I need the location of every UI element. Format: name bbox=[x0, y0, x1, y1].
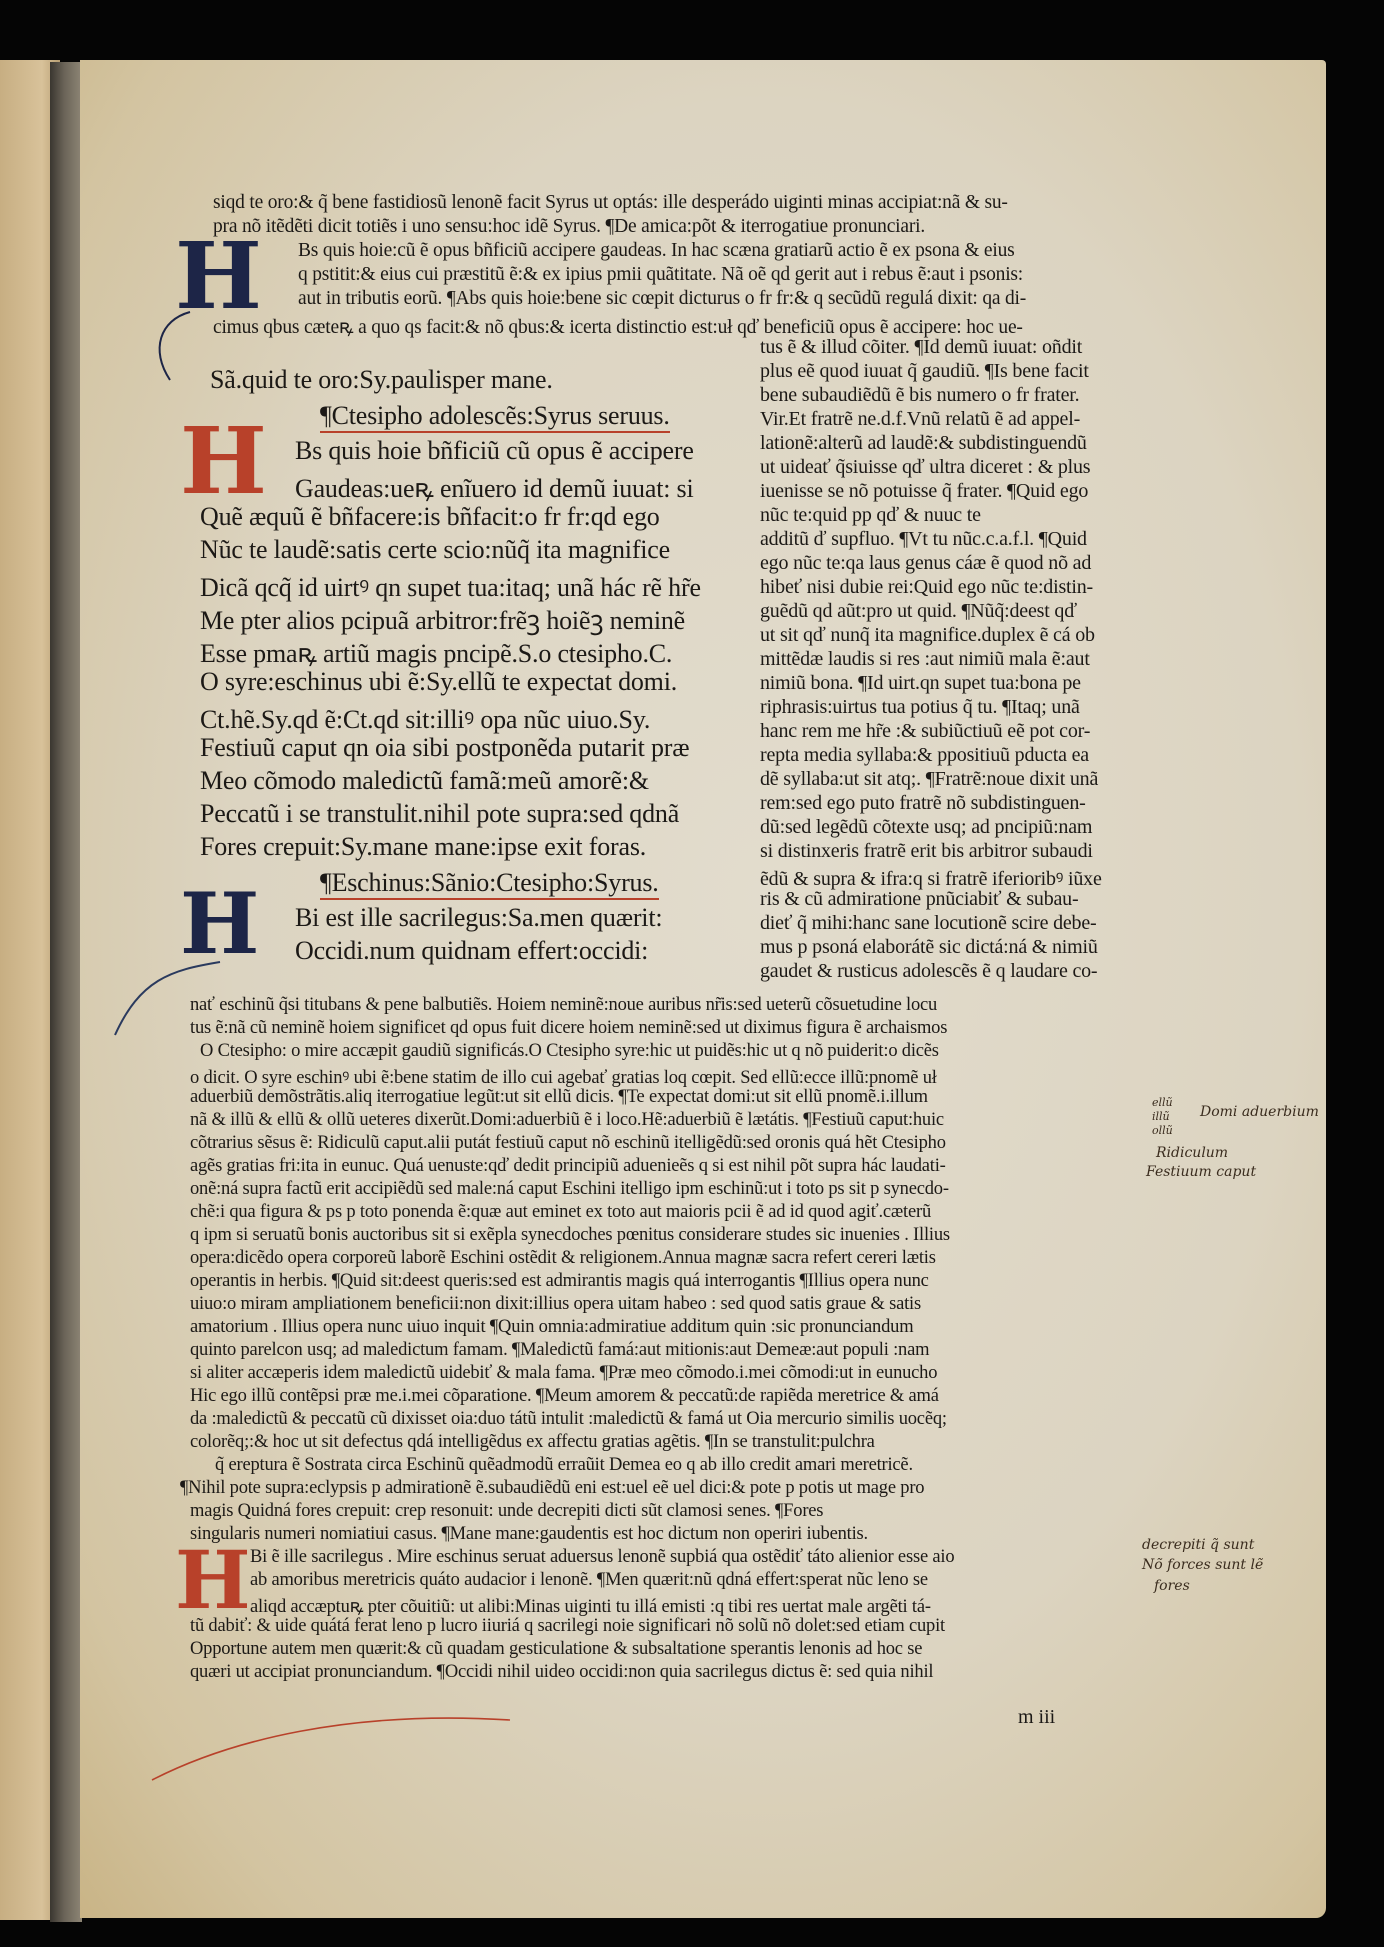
speaker-line: Sã.quid te oro:Sy.paulisper mane. bbox=[210, 365, 553, 395]
scene-heading-text: ¶Ctesipho adolescẽs:Syrus seruus. bbox=[320, 401, 670, 433]
commentary-line: hibeť nisi dubie rei:Quid ego nũc te:dis… bbox=[760, 576, 1093, 599]
commentary-line: magis Quidná fores crepuit: crep resonui… bbox=[190, 1501, 823, 1522]
commentary-line: nã & illũ & ellũ & ollũ ueteres dixerũt.… bbox=[190, 1110, 944, 1131]
commentary-line: cõtrarius sẽsus ẽ: Ridiculũ caput.alii p… bbox=[190, 1133, 946, 1154]
commentary-line: O Ctesipho: o mire accæpit gaudiũ signif… bbox=[200, 1041, 939, 1062]
commentary-line: quæri ut accipiat pronunciandum. ¶Occidi… bbox=[190, 1662, 933, 1683]
scene-heading-text: ¶Eschinus:Sãnio:Ctesipho:Syrus. bbox=[320, 868, 659, 900]
verse-line: Festiuũ caput qn oia sibi postponẽda put… bbox=[200, 733, 689, 763]
decorated-initial-h-blue: H bbox=[175, 230, 262, 322]
book-page: siqd te oro:& q̃ bene fastidiosũ lenonẽ … bbox=[80, 60, 1326, 1918]
commentary-line: opera:dicẽdo opera corporeũ laborẽ Eschi… bbox=[190, 1248, 936, 1269]
commentary-line: riphrasis:uirtus tua potius q̃ tu. ¶Itaq… bbox=[760, 696, 1080, 719]
verse-line: Occidi.num quidnam effert:occidi: bbox=[295, 936, 648, 966]
commentary-line: nũc te:quid pp qď & nuuc te bbox=[760, 504, 981, 527]
commentary-line: singularis numeri nomiatiui casus. ¶Mane… bbox=[190, 1524, 868, 1545]
commentary-line: si aliter accæperis idem maledictũ uideb… bbox=[190, 1363, 937, 1384]
marginal-note: Ridiculum bbox=[1156, 1145, 1228, 1161]
commentary-line: dẽ syllaba:ut sit atq;. ¶Fratrẽ:noue dix… bbox=[760, 768, 1098, 791]
commentary-line: hanc rem me hr̃e :& subiũctiuũ eẽ pot co… bbox=[760, 720, 1090, 743]
marginal-gloss: ollũ bbox=[1152, 1124, 1173, 1137]
verse-line: Gaudeas:ueꝶ enĩuero id demũ iuuat: si bbox=[295, 469, 694, 505]
commentary-line: uiuo:o miram ampliationem beneficii:non … bbox=[190, 1294, 921, 1315]
verse-line: Me pter alios pcipuã arbitror:frẽꝫ hoiẽꝫ… bbox=[200, 601, 685, 637]
commentary-line: o dicit. O syre eschinꝰ ubi ẽ:bene stati… bbox=[190, 1064, 937, 1089]
commentary-line: lationẽ:alterũ ad laudẽ:& subdistinguend… bbox=[760, 432, 1087, 455]
verse-line: O syre:eschinus ubi ẽ:Sy.ellũ te expecta… bbox=[200, 667, 677, 697]
commentary-line: tũ dabiť: & uide quátá ferat leno p lucr… bbox=[190, 1616, 945, 1637]
commentary-line: ẽdũ & supra & ifra:q si fratrẽ iferiorib… bbox=[760, 864, 1102, 891]
commentary-line: amatorium . Illius opera nunc uiuo inqui… bbox=[190, 1317, 913, 1338]
commentary-line: iuenisse se nõ potuisse q̃ frater. ¶Quid… bbox=[760, 480, 1088, 503]
initial-flourish bbox=[150, 1700, 530, 1790]
verse-line: Ct.hẽ.Sy.qd ẽ:Ct.qd sit:illiꝰ opa nũc ui… bbox=[200, 700, 650, 736]
commentary-line: bene subaudiẽdũ ẽ bis numero o fr frater… bbox=[760, 384, 1079, 407]
marginal-gloss: illũ bbox=[1152, 1110, 1170, 1123]
verse-line: Bs quis hoie bñficiũ cũ opus ẽ accipere bbox=[295, 436, 694, 466]
commentary-line: guẽdũ qd aũt:pro ut quid. ¶Nũq̃:deest qď bbox=[760, 600, 1077, 623]
commentary-line: q̃ ereptura ẽ Sostrata circa Eschinũ quẽ… bbox=[215, 1455, 913, 1476]
commentary-line: plus eẽ quod iuuat q̃ gaudiũ. ¶Is bene f… bbox=[760, 360, 1089, 383]
verse-line: Esse pmaꝶ artiũ magis pncipẽ.S.o ctesiph… bbox=[200, 634, 672, 670]
scene-heading: ¶Ctesipho adolescẽs:Syrus seruus. bbox=[320, 401, 670, 431]
verse-line: Fores crepuit:Sy.mane mane:ipse exit for… bbox=[200, 832, 646, 862]
commentary-line: repta media syllaba:& ppositiuũ pducta e… bbox=[760, 744, 1089, 767]
commentary-line: agẽs gratias fri:ita in eunuc. Quá uenus… bbox=[190, 1156, 946, 1177]
commentary-line: Vir.Et fratrẽ ne.d.f.Vnũ relatũ ẽ ad app… bbox=[760, 408, 1080, 431]
commentary-line: chẽ:i qua figura & ps p toto ponenda ẽ:q… bbox=[190, 1202, 931, 1223]
commentary-line: ut uideať q̃siuisse qď ultra diceret : &… bbox=[760, 456, 1090, 479]
commentary-line: Bi ẽ ille sacrilegus . Mire eschinus ser… bbox=[250, 1547, 954, 1568]
commentary-line: nať eschinũ q̃si titubans & pene balbuti… bbox=[190, 995, 937, 1016]
decorated-initial-h-red: H bbox=[175, 1540, 251, 1620]
verse-line: Nũc te laudẽ:satis certe scio:nũq̃ ita m… bbox=[200, 535, 670, 565]
marginal-note: Domi aduerbium bbox=[1200, 1104, 1319, 1120]
commentary-line: ¶Nihil pote supra:eclypsis p admirationẽ… bbox=[180, 1478, 924, 1499]
commentary-line: operantis in herbis. ¶Quid sit:deest que… bbox=[190, 1271, 929, 1292]
commentary-line: quinto parelcon usq; ad maledictum famam… bbox=[190, 1340, 929, 1361]
commentary-line: ego nũc te:qa laus genus cáæ ẽ quod nõ a… bbox=[760, 552, 1091, 575]
commentary-line: ris & cũ admiratione pnũciabiť & subau- bbox=[760, 888, 1078, 911]
commentary-line: aduerbiũ demõstrãtis.aliq iterrogatiue l… bbox=[190, 1087, 928, 1108]
verse-line: Meo cõmodo maledictũ famã:meũ amorẽ:& bbox=[200, 766, 649, 796]
commentary-line: tus ẽ:nã cũ neminẽ hoiem significet qd o… bbox=[190, 1018, 947, 1039]
commentary-line: aut in tributis eorũ. ¶Abs quis hoie:ben… bbox=[298, 288, 1026, 310]
commentary-line: colorẽq;:& hoc ut sit defectus qdá intel… bbox=[190, 1432, 875, 1453]
commentary-line: Opportune autem men quærit:& cũ quadam g… bbox=[190, 1639, 922, 1660]
commentary-line: mus p psoná elaborátẽ sic dictá:ná & nim… bbox=[760, 936, 1098, 959]
commentary-line: da :maledictũ & peccatũ cũ dixisset oia:… bbox=[190, 1409, 947, 1430]
decorated-initial-h-blue: H bbox=[180, 882, 259, 966]
commentary-line: pra nõ itẽdẽti dicit totiẽs i uno sensu:… bbox=[213, 216, 925, 238]
commentary-line: q pstitit:& eius cui præstitũ ẽ:& ex ipi… bbox=[298, 264, 1023, 286]
commentary-line: aliqd accæptuꝶ pter cõuitiũ: ut alibi:Mi… bbox=[250, 1593, 931, 1618]
marginal-note: decrepiti q̃ sunt bbox=[1142, 1537, 1254, 1553]
commentary-line: ut sit qď nunq̃ ita magnifice.duplex ẽ c… bbox=[760, 624, 1095, 647]
decorated-initial-h-red: H bbox=[180, 415, 267, 507]
commentary-line: q ipm si seruatũ bonis auctoribus sit si… bbox=[190, 1225, 950, 1246]
commentary-line: rem:sed ego puto fratrẽ nõ subdistinguen… bbox=[760, 792, 1086, 815]
commentary-line: Hic ego illũ contẽpsi præ me.i.mei cõpar… bbox=[190, 1386, 939, 1407]
commentary-line: onẽ:ná supra factũ erit accipiẽdũ sed ma… bbox=[190, 1179, 949, 1200]
commentary-line: cimus qbus cæteꝶ a quo qs facit:& nõ qbu… bbox=[213, 312, 1023, 339]
commentary-line: siqd te oro:& q̃ bene fastidiosũ lenonẽ … bbox=[213, 192, 1008, 214]
marginal-gloss: ellũ bbox=[1152, 1096, 1173, 1109]
commentary-line: ab amoribus meretricis quáto audacior i … bbox=[250, 1570, 928, 1591]
initial-flourish bbox=[150, 310, 210, 390]
commentary-line: tus ẽ & illud cõiter. ¶Id demũ iuuat: oñ… bbox=[760, 336, 1082, 359]
commentary-line: si distinxeris fratrẽ erit bis arbitror … bbox=[760, 840, 1093, 863]
commentary-line: additũ ď supfluo. ¶Vt tu nũc.c.a.f.l. ¶Q… bbox=[760, 528, 1087, 551]
commentary-line: mittẽdæ laudis si res :aut nimiũ mala ẽ:… bbox=[760, 648, 1090, 671]
commentary-line: dieť q̃ mihi:hanc sane locutionẽ scire d… bbox=[760, 912, 1097, 935]
verse-line: Peccatũ i se transtulit.nihil pote supra… bbox=[200, 799, 679, 829]
commentary-line: Bs quis hoie:cũ ẽ opus bñficiũ accipere … bbox=[298, 240, 1015, 262]
verse-line: Quẽ æquũ ẽ bñfacere:is bñfacit:o fr fr:q… bbox=[200, 502, 660, 532]
marginal-note: Nõ forces sunt lẽ bbox=[1142, 1557, 1263, 1573]
marginal-note: Festiuum caput bbox=[1146, 1164, 1256, 1180]
commentary-line: dũ:sed legẽdũ cõtexte usq; ad pncipiũ:na… bbox=[760, 816, 1092, 839]
verse-line: Bi est ille sacrilegus:Sa.men quærit: bbox=[295, 903, 662, 933]
commentary-line: gaudet & rusticus adolescẽs ẽ q laudare … bbox=[760, 960, 1097, 983]
folio-signature: m iii bbox=[1018, 1706, 1055, 1729]
book-gutter bbox=[50, 62, 82, 1922]
scene-heading: ¶Eschinus:Sãnio:Ctesipho:Syrus. bbox=[320, 868, 659, 898]
commentary-line: nimiũ bona. ¶Id uirt.qn supet tua:bona p… bbox=[760, 672, 1081, 695]
verse-line: Dicã qcq̃ id uirtꝰ qn supet tua:itaq; un… bbox=[200, 568, 701, 604]
marginal-note: fores bbox=[1154, 1578, 1190, 1594]
